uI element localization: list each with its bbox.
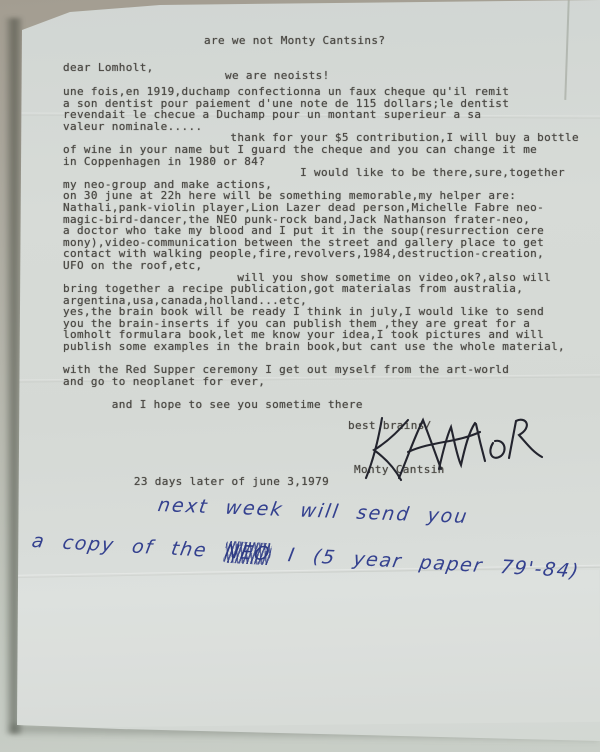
header-line1: are we not Monty Cantsins? <box>204 35 385 47</box>
signature-kantor-drawing <box>352 406 552 492</box>
fold-highlight-zone <box>0 570 600 728</box>
scribbled-out-word: NEO <box>223 541 273 565</box>
letter-paper: are we not Monty Cantsins? we are neoist… <box>0 0 600 752</box>
date-line: 23 days later of june 3,1979 <box>134 475 329 488</box>
scanned-letter-photo: are we not Monty Cantsins? we are neoist… <box>0 0 600 752</box>
header-line2: we are neoists! <box>204 70 385 82</box>
handwritten-signature <box>352 406 552 492</box>
corner-crease <box>564 0 569 100</box>
salutation: dear Lomholt, <box>63 62 154 74</box>
letter-body: une fois,en 1919,duchamp confectionna un… <box>63 86 579 411</box>
note-line2-prefix: a copy of the <box>30 530 227 563</box>
